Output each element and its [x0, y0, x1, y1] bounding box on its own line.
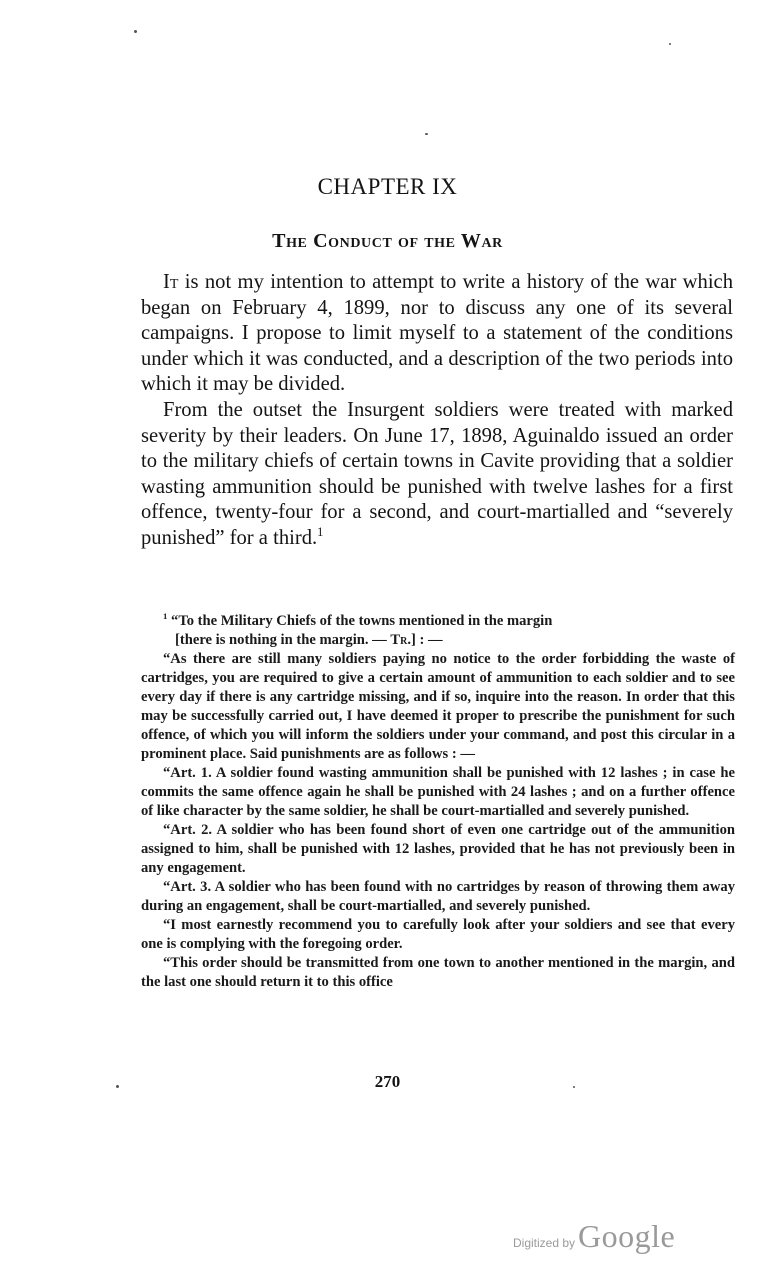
scan-speck: [134, 30, 137, 33]
footnote-ref[interactable]: 1: [317, 525, 323, 539]
translator-note: [there is nothing in the margin. — Tr.] …: [141, 631, 735, 650]
translator-abbr: Tr.: [390, 632, 411, 648]
page-number: 270: [0, 1072, 775, 1092]
google-logo: Google: [578, 1218, 675, 1255]
chapter-heading: CHAPTER IX: [0, 174, 775, 200]
main-text: It is not my intention to attempt to wri…: [141, 270, 733, 552]
chapter-title: The Conduct of the War: [0, 230, 775, 253]
footnote-opening: 1 “To the Military Chiefs of the towns m…: [141, 612, 735, 631]
footnote-paragraph: “I most earnestly recommend you to caref…: [141, 916, 735, 954]
digitized-watermark: Digitized by Google: [513, 1218, 675, 1255]
watermark-prefix: Digitized by: [513, 1236, 575, 1250]
paragraph-text: is not my intention to attempt to write …: [141, 271, 733, 395]
paragraph: It is not my intention to attempt to wri…: [141, 270, 733, 398]
scan-speck: [669, 43, 671, 45]
scan-speck: [425, 133, 428, 135]
footnote-article-1: “Art. 1. A soldier found wasting ammunit…: [141, 764, 735, 821]
footnote-article-3: “Art. 3. A soldier who has been found wi…: [141, 878, 735, 916]
book-page: CHAPTER IX The Conduct of the War It is …: [0, 0, 775, 1276]
paragraph: From the outset the Insurgent soldiers w…: [141, 398, 733, 552]
footnote-marker: 1: [163, 611, 167, 621]
footnote-article-2: “Art. 2. A soldier who has been found sh…: [141, 821, 735, 878]
translator-note-close: ] : —: [411, 632, 443, 648]
footnote-paragraph: “This order should be transmitted from o…: [141, 954, 735, 992]
footnote-paragraph: “As there are still many soldiers paying…: [141, 650, 735, 764]
paragraph-text: From the outset the Insurgent soldiers w…: [141, 399, 733, 549]
translator-note-text: [there is nothing in the margin. —: [175, 632, 390, 648]
footnote: 1 “To the Military Chiefs of the towns m…: [141, 612, 735, 992]
lead-word: It: [163, 271, 178, 293]
footnote-text: “To the Military Chiefs of the towns men…: [171, 613, 552, 629]
